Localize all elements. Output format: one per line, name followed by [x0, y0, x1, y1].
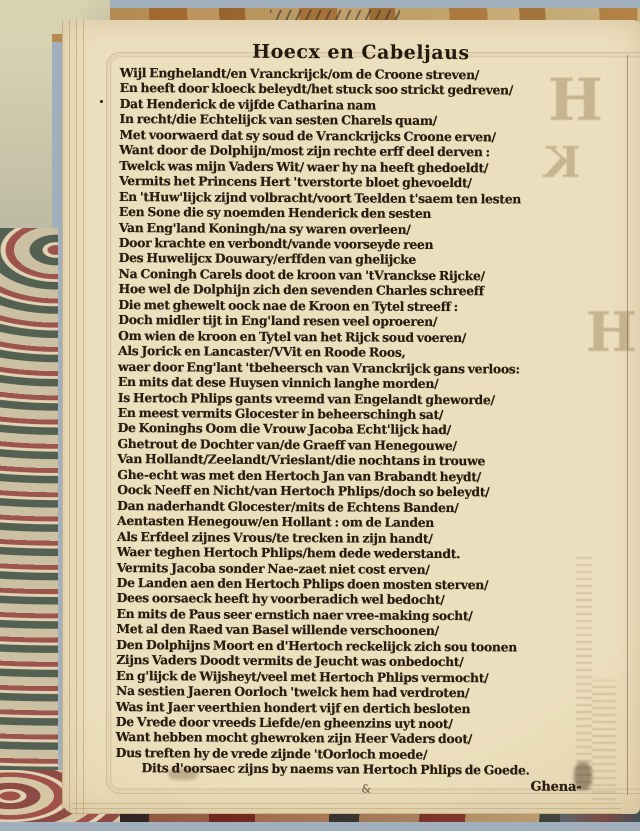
book-cover-left	[0, 30, 52, 230]
poem-line: Dits d'oorsaec zijns by naems van Hertoc…	[116, 760, 598, 778]
ink-speck	[100, 100, 103, 103]
catchword: Ghena-	[530, 779, 581, 794]
page-stack-edges-bottom	[72, 800, 621, 814]
scanned-book-photo: H K H Hoecx en Cabeljaus Wijl Enghelandt…	[0, 0, 640, 831]
poem: Wijl Enghelandt/en Vranckrijck/om de Cro…	[116, 65, 602, 779]
text-block: Hoecx en Cabeljaus Wijl Enghelandt/en Vr…	[115, 40, 602, 798]
signature-mark: &	[361, 782, 371, 795]
footer-row: & Ghena-	[115, 777, 597, 798]
page-stack-edges-left	[62, 20, 88, 814]
page-edge-line-right	[627, 55, 628, 795]
marbled-edge-left	[0, 228, 58, 788]
page-title: Hoecx en Cabeljaus	[120, 40, 602, 65]
